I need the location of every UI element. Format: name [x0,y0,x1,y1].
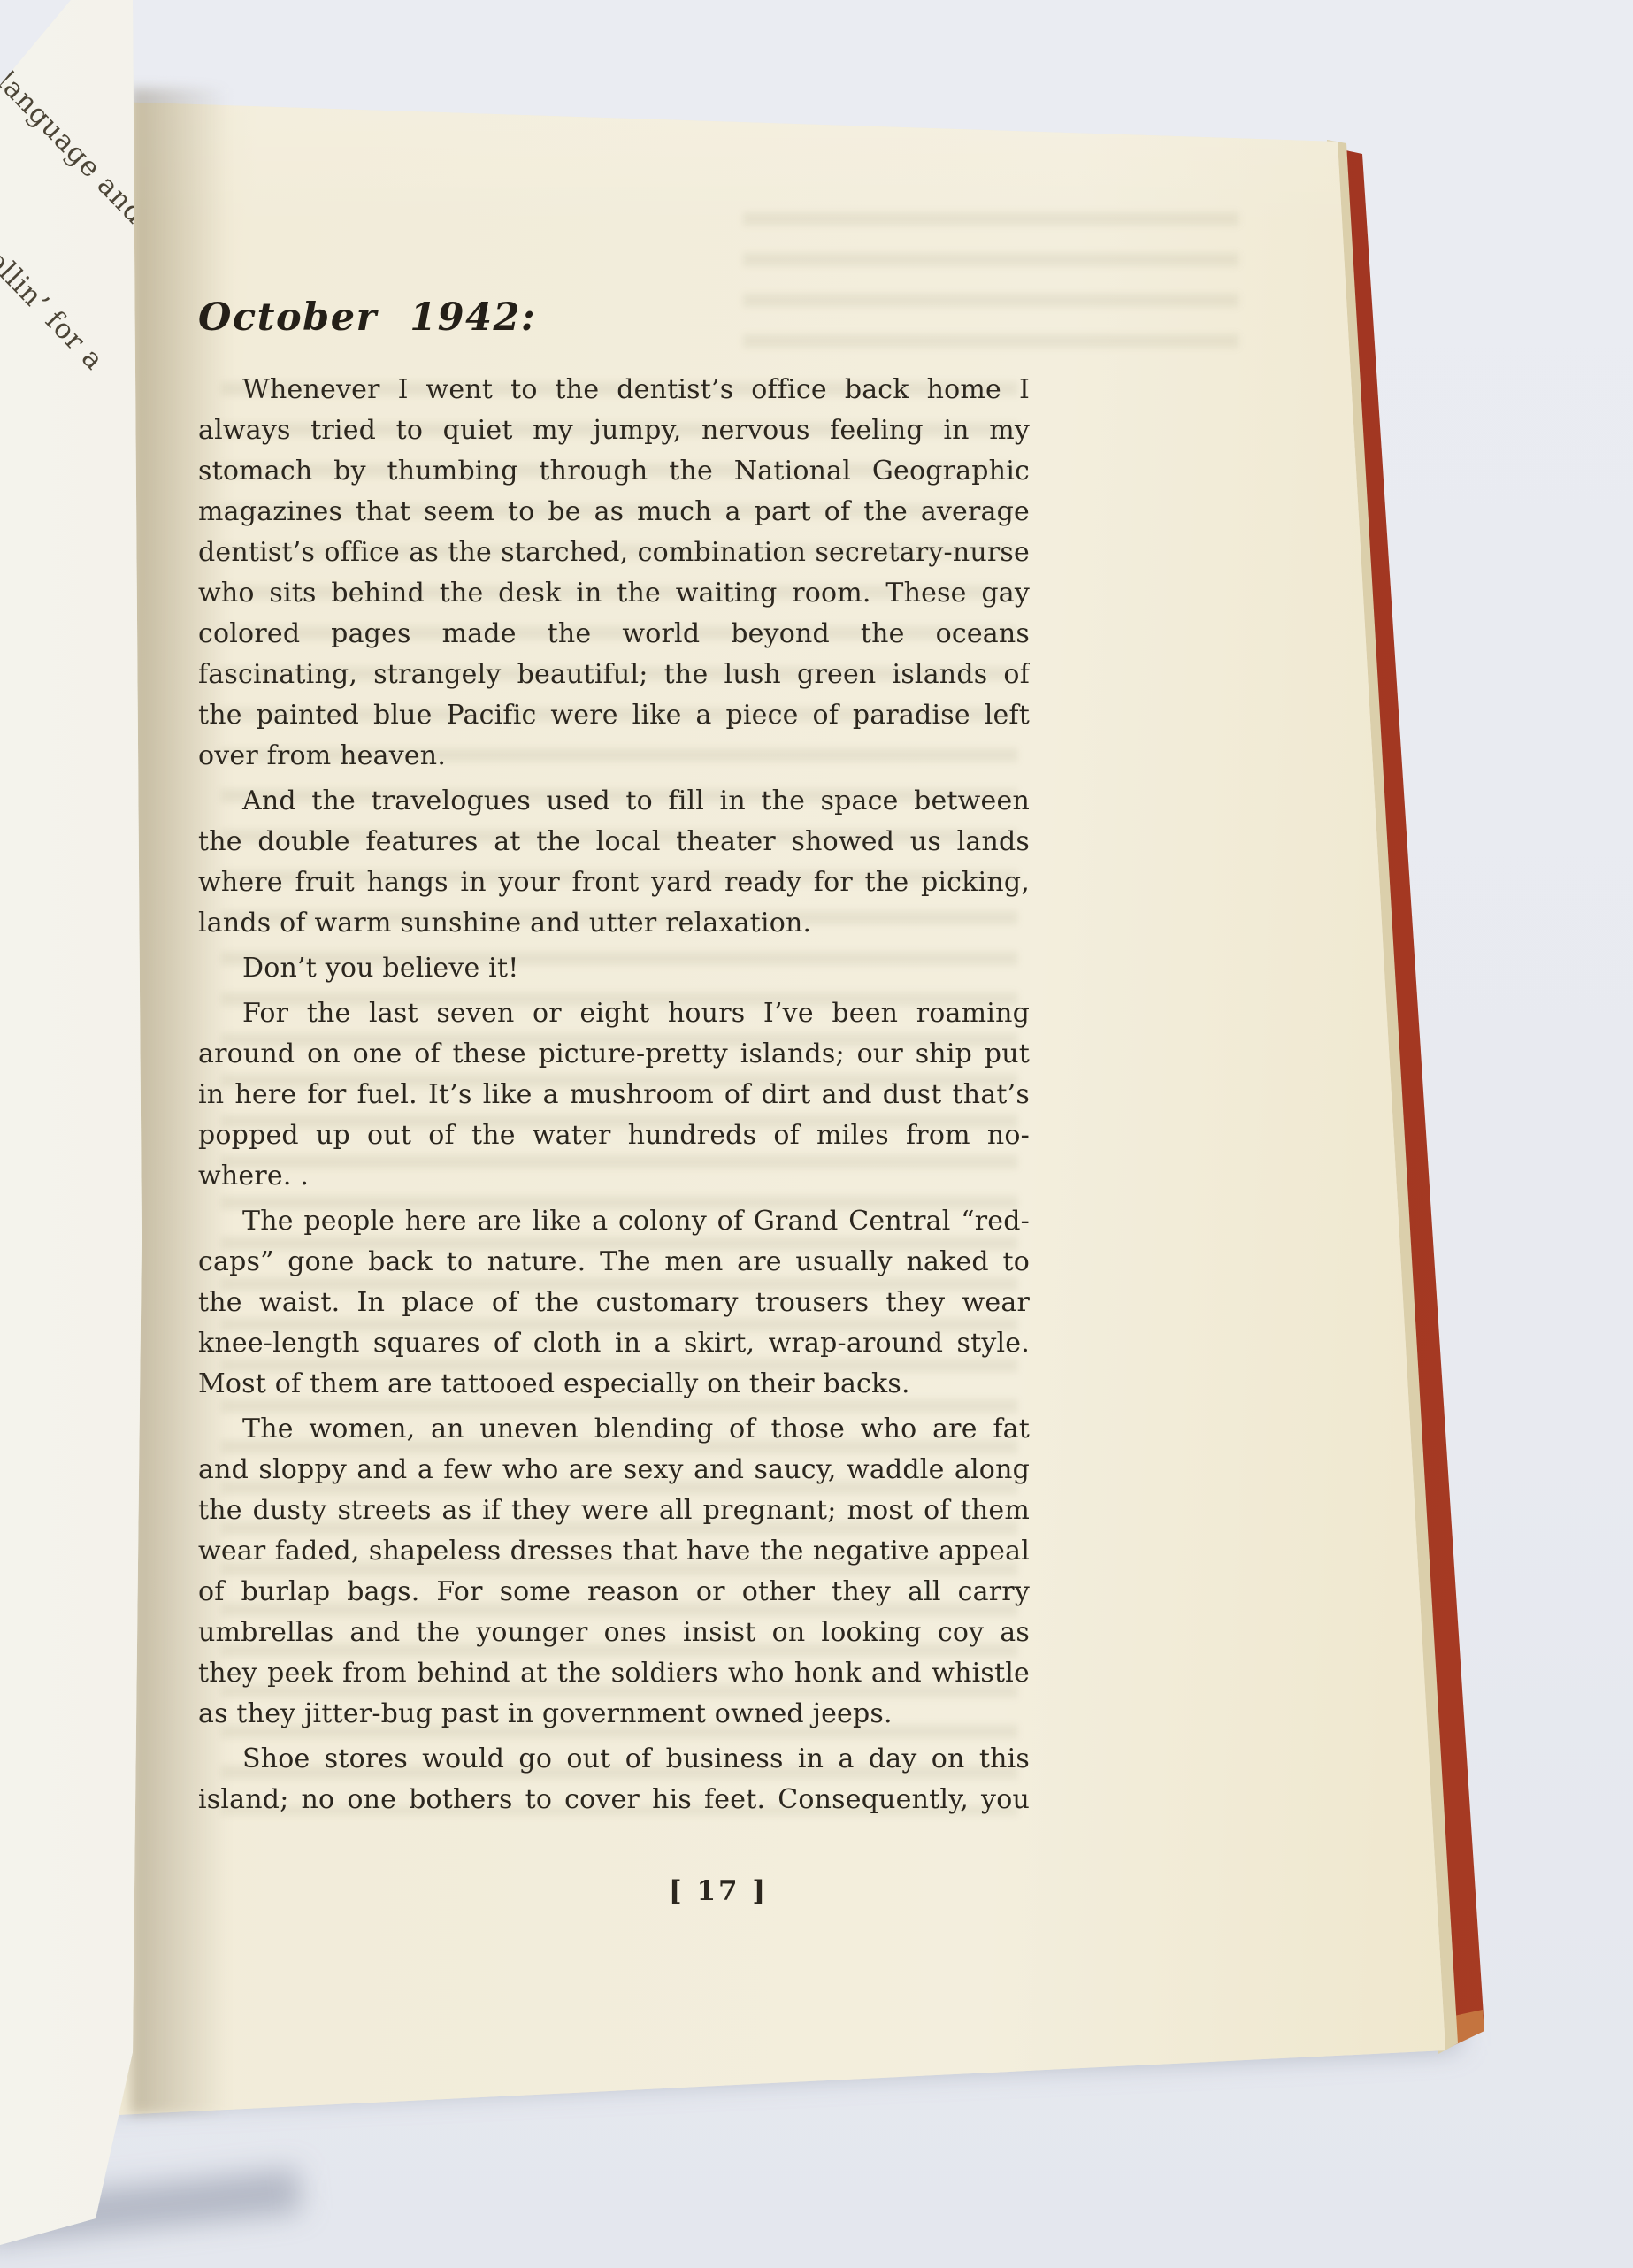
paragraph: Shoe stores would go out of business in … [198,1739,1030,1820]
paragraph: The people here are like a colony of Gra… [198,1201,1030,1405]
text-line: where. . [198,1156,1030,1197]
paragraph: Whenever I went to the dentist’s office … [198,370,1030,777]
page-text-block: October 1942: Whenever I went to the den… [198,295,1030,1820]
turning-page-text-fragment: e language and [0,46,151,231]
text-line: Don’t you believe it! [198,948,1030,989]
text-line: The people here are like a colony of Gra… [198,1201,1030,1242]
paragraph: And the travelogues used to fill in the … [198,781,1030,944]
chapter-date-heading: October 1942: [198,295,1030,340]
text-line: always tried to quiet my jumpy, nervous … [198,410,1030,451]
text-line: the dusty streets as if they were all pr… [198,1490,1030,1531]
text-line: the painted blue Pacific were like a pie… [198,695,1030,736]
text-line: they peek from behind at the soldiers wh… [198,1653,1030,1694]
text-line: who sits behind the desk in the waiting … [198,573,1030,614]
text-line: dentist’s office as the starched, combin… [198,533,1030,573]
text-line: as they jitter-bug past in government ow… [198,1694,1030,1735]
page-number: [ 17 ] [669,1875,768,1907]
text-line: over from heaven. [198,736,1030,777]
text-line: umbrellas and the younger ones insist on… [198,1613,1030,1653]
text-line: lands of warm sunshine and utter relaxat… [198,903,1030,944]
text-line: fascinating, strangely beautiful; the lu… [198,655,1030,695]
text-line: caps” gone back to nature. The men are u… [198,1242,1030,1283]
text-line: And the travelogues used to fill in the … [198,781,1030,822]
text-line: the double features at the local theater… [198,822,1030,862]
text-line: the waist. In place of the customary tro… [198,1283,1030,1323]
text-line: Whenever I went to the dentist’s office … [198,370,1030,410]
text-line: and sloppy and a few who are sexy and sa… [198,1450,1030,1490]
text-line: colored pages made the world beyond the … [198,614,1030,655]
text-line: popped up out of the water hundreds of m… [198,1115,1030,1156]
text-line: Shoe stores would go out of business in … [198,1739,1030,1780]
text-line: wear faded, shapeless dresses that have … [198,1531,1030,1572]
text-line: Most of them are tattooed especially on … [198,1364,1030,1405]
book-photo: October 1942: Whenever I went to the den… [0,0,1633,2268]
text-line: around on one of these picture-pretty is… [198,1034,1030,1075]
text-line: of burlap bags. For some reason or other… [198,1572,1030,1613]
text-line: magazines that seem to be as much a part… [198,492,1030,533]
text-line: in here for fuel. It’s like a mushroom o… [198,1075,1030,1115]
text-line: knee-length squares of cloth in a skirt,… [198,1323,1030,1364]
text-line: For the last seven or eight hours I’ve b… [198,993,1030,1034]
paragraph: Don’t you believe it! [198,948,1030,989]
text-line: The women, an uneven blending of those w… [198,1409,1030,1450]
paragraph: The women, an uneven blending of those w… [198,1409,1030,1735]
text-line: stomach by thumbing through the National… [198,451,1030,492]
paragraph: For the last seven or eight hours I’ve b… [198,993,1030,1197]
text-line: where fruit hangs in your front yard rea… [198,862,1030,903]
turning-page-text-fragment: top rollin’ for a [0,193,110,377]
text-line: island; no one bothers to cover his feet… [198,1780,1030,1820]
